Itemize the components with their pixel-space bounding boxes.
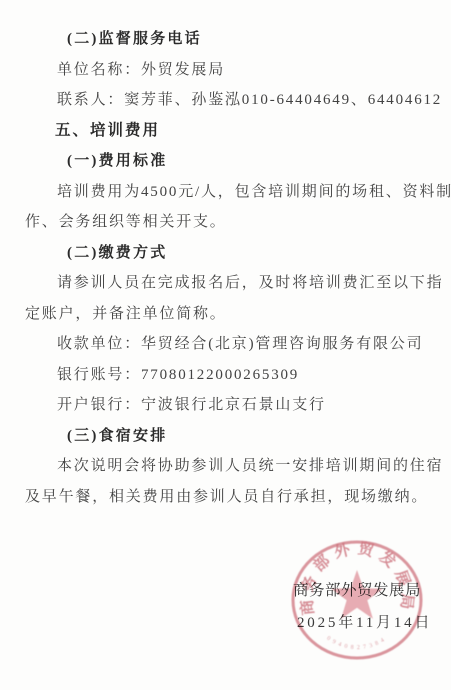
accommodation-paragraph-line-1: 本次说明会将协助参训人员统一安排培训期间的住宿	[57, 451, 429, 482]
section-heading-training-fee: 五、培训费用	[55, 116, 429, 147]
document-body: (二)监督服务电话 单位名称：外贸发展局 联系人：窦芳菲、孙鉴泓010-6440…	[0, 0, 451, 512]
bank-account-line: 银行账号：77080122000265309	[57, 360, 429, 391]
section-heading-supervision-phone: (二)监督服务电话	[67, 24, 429, 55]
fee-paragraph-line-2: 作、会务组织等相关开支。	[25, 207, 429, 238]
payee-line: 收款单位：华贸经合(北京)管理咨询服务有限公司	[57, 329, 429, 360]
payment-paragraph-line-1: 请参训人员在完成报名后，及时将培训费汇至以下指	[57, 268, 429, 299]
fee-paragraph-line-1: 培训费用为4500元/人，包含培训期间的场租、资料制	[57, 177, 429, 208]
section-heading-fee-standard: (一)费用标准	[67, 146, 429, 177]
document-page: (二)监督服务电话 单位名称：外贸发展局 联系人：窦芳菲、孙鉴泓010-6440…	[0, 0, 451, 690]
unit-name-line: 单位名称：外贸发展局	[57, 55, 429, 86]
seal-code: 0940827384	[325, 636, 388, 652]
official-seal: 商务部外贸发展局 0940827384	[289, 539, 427, 663]
seal-star-icon	[331, 570, 382, 619]
section-heading-payment-method: (二)缴费方式	[67, 238, 429, 269]
payment-paragraph-line-2: 定账户，并备注单位简称。	[25, 299, 429, 330]
bank-name-line: 开户银行：宁波银行北京石景山支行	[57, 390, 429, 421]
section-heading-accommodation: (三)食宿安排	[67, 421, 429, 452]
contact-person-line: 联系人：窦芳菲、孙鉴泓010-64404649、64404612	[57, 85, 429, 116]
accommodation-paragraph-line-2: 及早午餐，相关费用由参训人员自行承担，现场缴纳。	[25, 482, 429, 513]
